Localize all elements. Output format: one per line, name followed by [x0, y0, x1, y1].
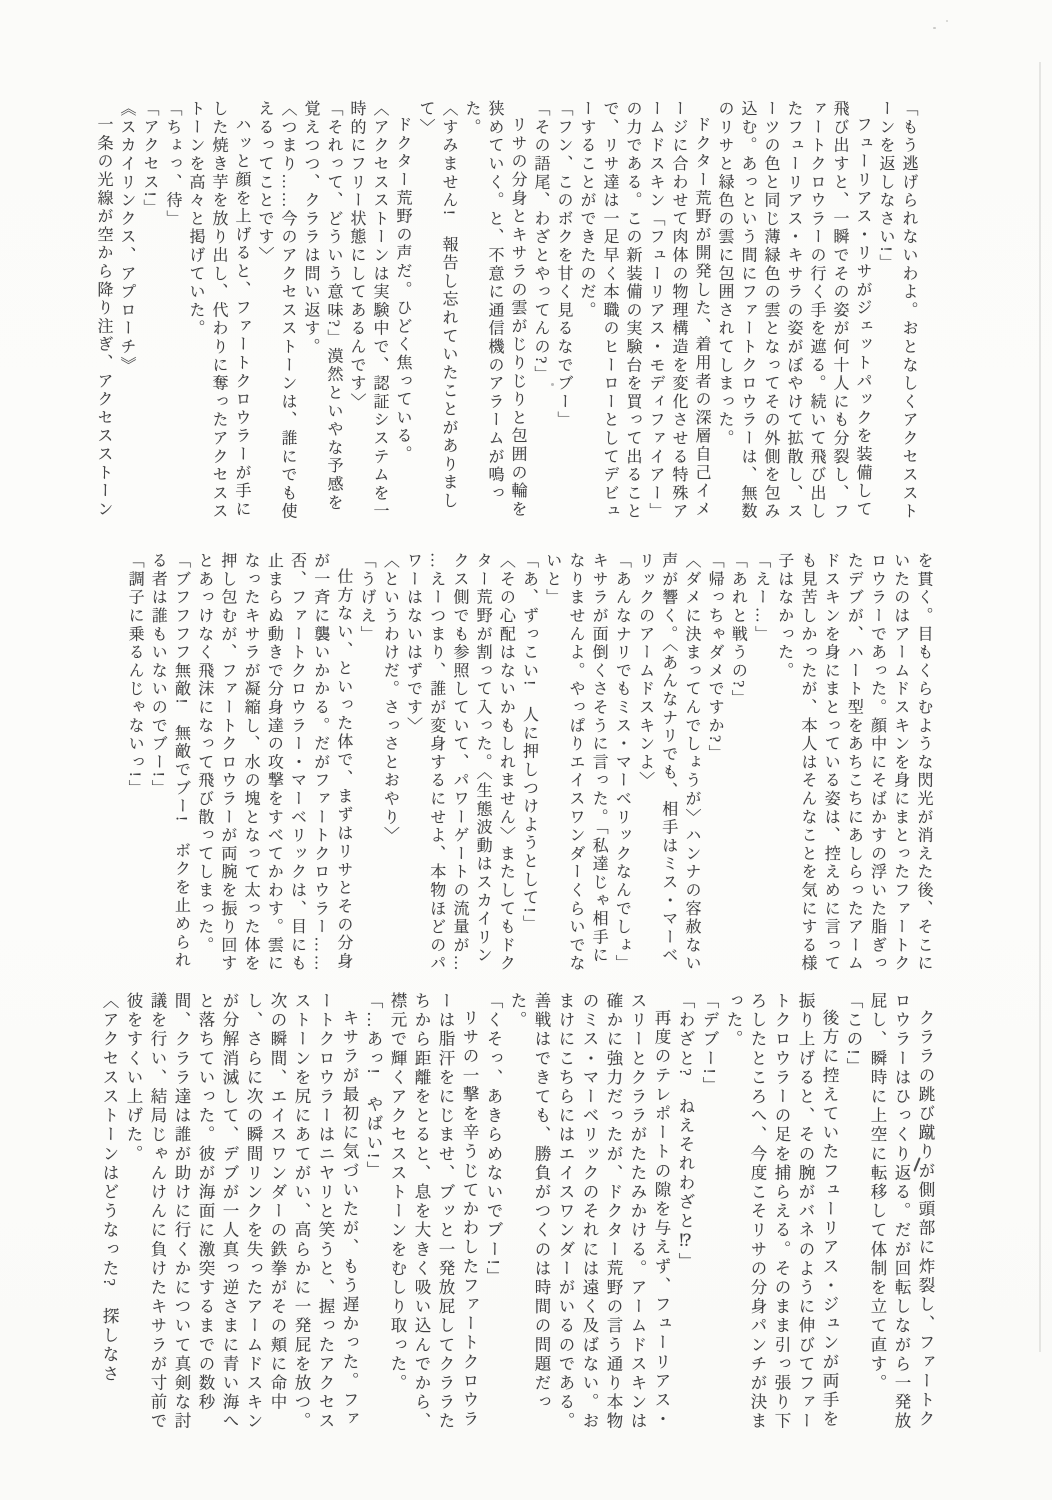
paragraph: 《スカイリンクス、アプローチ》: [115, 100, 138, 524]
paragraph: 「デブー!」: [697, 992, 721, 1433]
text-band-top: 「もう逃げられないわよ。おとなしくアクセスストーンを返しなさい!」 フューリアス…: [90, 100, 920, 524]
paragraph: 「ちょっ、待」: [161, 100, 184, 524]
paragraph: 〈というわけだ。さっさとおやり〉: [378, 552, 401, 976]
text-band-bottom: クララの跳び蹴りが側頭部に炸裂し、ファートクロウラーはひっくり返る。だが回転しな…: [107, 992, 937, 1433]
paragraph: 「帰っちゃダメですか?」: [703, 552, 726, 976]
paragraph: 「その語尾、わざとやってんの?」: [529, 100, 552, 524]
text-band-middle: を貫く。目もくらむような閃光が消えた後、そこにいたのはアームドスキンを身にまとっ…: [105, 552, 935, 976]
paragraph: 「調子に乗るんじゃないっ!」: [123, 552, 146, 976]
paragraph: 後方に控えていたフューリアス・ジュンが両手を振り上げると、その腕がバネのように伸…: [721, 992, 841, 1433]
paragraph: 〈すみません! 報告し忘れていたことがありまして〉: [414, 100, 460, 524]
paragraph: ハッと顔を上げると、ファートクロウラーが手にした焼き芋を放り出し、代わりに奪った…: [184, 100, 253, 524]
paragraph: 「えー…」: [749, 552, 772, 976]
paragraph: ドクター荒野が開発した、着用者の深層自己イメージに合わせて肉体の物理構造を変化さ…: [575, 100, 713, 524]
scan-edge-line: [1039, 62, 1041, 1352]
paragraph: 「この!」: [841, 992, 865, 1433]
paragraph: 「わざと? ねえそれわざと⁉」: [673, 992, 697, 1433]
paragraph: 〈その心配はないかもしれません〉またしてもドクター荒野が割って入った。〈生態波動…: [401, 552, 517, 976]
paragraph: クララの跳び蹴りが側頭部に炸裂し、ファートクロウラーはひっくり返る。だが回転しな…: [865, 992, 937, 1433]
paragraph: 再度のテレポートの隙を与えず、フューリアス・スリーとクララがたたみかける。アーム…: [505, 992, 673, 1433]
paragraph: 一条の光線が空から降り注ぎ、アクセスストーン: [92, 100, 115, 524]
paragraph: 〈アクセスストーンは実験中で、認証システムを一時的にフリー状態にしてあるんです〉: [345, 100, 391, 524]
paragraph: を貫く。目もくらむような閃光が消えた後、そこにいたのはアームドスキンを身にまとっ…: [773, 552, 935, 976]
paragraph: 「あれと戦うの?」: [726, 552, 749, 976]
paragraph: 「それって、どういう意味?」漠然といやな予感を覚えつつ、クララは問い返す。: [299, 100, 345, 524]
stray-mark: [933, 27, 936, 29]
paragraph: ドクター荒野の声だ。ひどく焦っている。: [391, 100, 414, 524]
paragraph: 「…あっ! やばい!」: [361, 992, 385, 1433]
paragraph: 仕方ない、といった体で、まずはリサとその分身が一斉に襲いかかる。だがファートクロ…: [193, 552, 355, 976]
paragraph: リサの一撃を辛うじてかわしたファートクロウラーは脂汗をにじませ、ブッと一発放屁し…: [385, 992, 481, 1433]
paragraph: 〈アクセスストーンはどうなった? 探しなさ: [97, 992, 121, 1433]
stray-mark: [551, 383, 554, 386]
paragraph: フューリアス・リサがジェットパックを装備して飛び出すと、一瞬でその姿が何十人にも…: [713, 100, 874, 524]
paragraph: 「くそっ、あきらめないでブー!」: [481, 992, 505, 1433]
stray-mark: [946, 20, 948, 22]
paragraph: 「アクセス!」: [138, 100, 161, 524]
paragraph: キサラが最初に気づいたが、もう遅かった。ファートクロウラーはニヤリと笑うと、握っ…: [121, 992, 361, 1433]
paragraph: 「あんなナリでもミス・マーベリックなんでしょ」キサラが面倒くさそうに言った。「私…: [541, 552, 634, 976]
paragraph: 「もう逃げられないわよ。おとなしくアクセスストーンを返しなさい!」: [874, 100, 920, 524]
paragraph: 〈つまり……今のアクセスストーンは、誰にでも使えるってことです〉: [253, 100, 299, 524]
paragraph: 「ブフフフフ無敵! 無敵でブー! ボクを止められる者は誰もいないのでブー!」: [146, 552, 192, 976]
paragraph: 「フン、このボクを甘く見るなでブー」: [552, 100, 575, 524]
paragraph: 〈ダメに決まってんでしょうが〉ハンナの容赦ない声が響く。〈あんなナリでも、相手は…: [633, 552, 703, 976]
paragraph: リサの分身とキサラの雲がじりじりと包囲の輪を狭めていく。と、不意に通信機のアラー…: [460, 100, 529, 524]
paragraph: 「うげえ」: [355, 552, 378, 976]
scanned-novel-page: 「もう逃げられないわよ。おとなしくアクセスストーンを返しなさい!」 フューリアス…: [0, 0, 1052, 1500]
paragraph: 「あ、ずっこい! 人に押しつけようとして!」: [517, 552, 540, 976]
